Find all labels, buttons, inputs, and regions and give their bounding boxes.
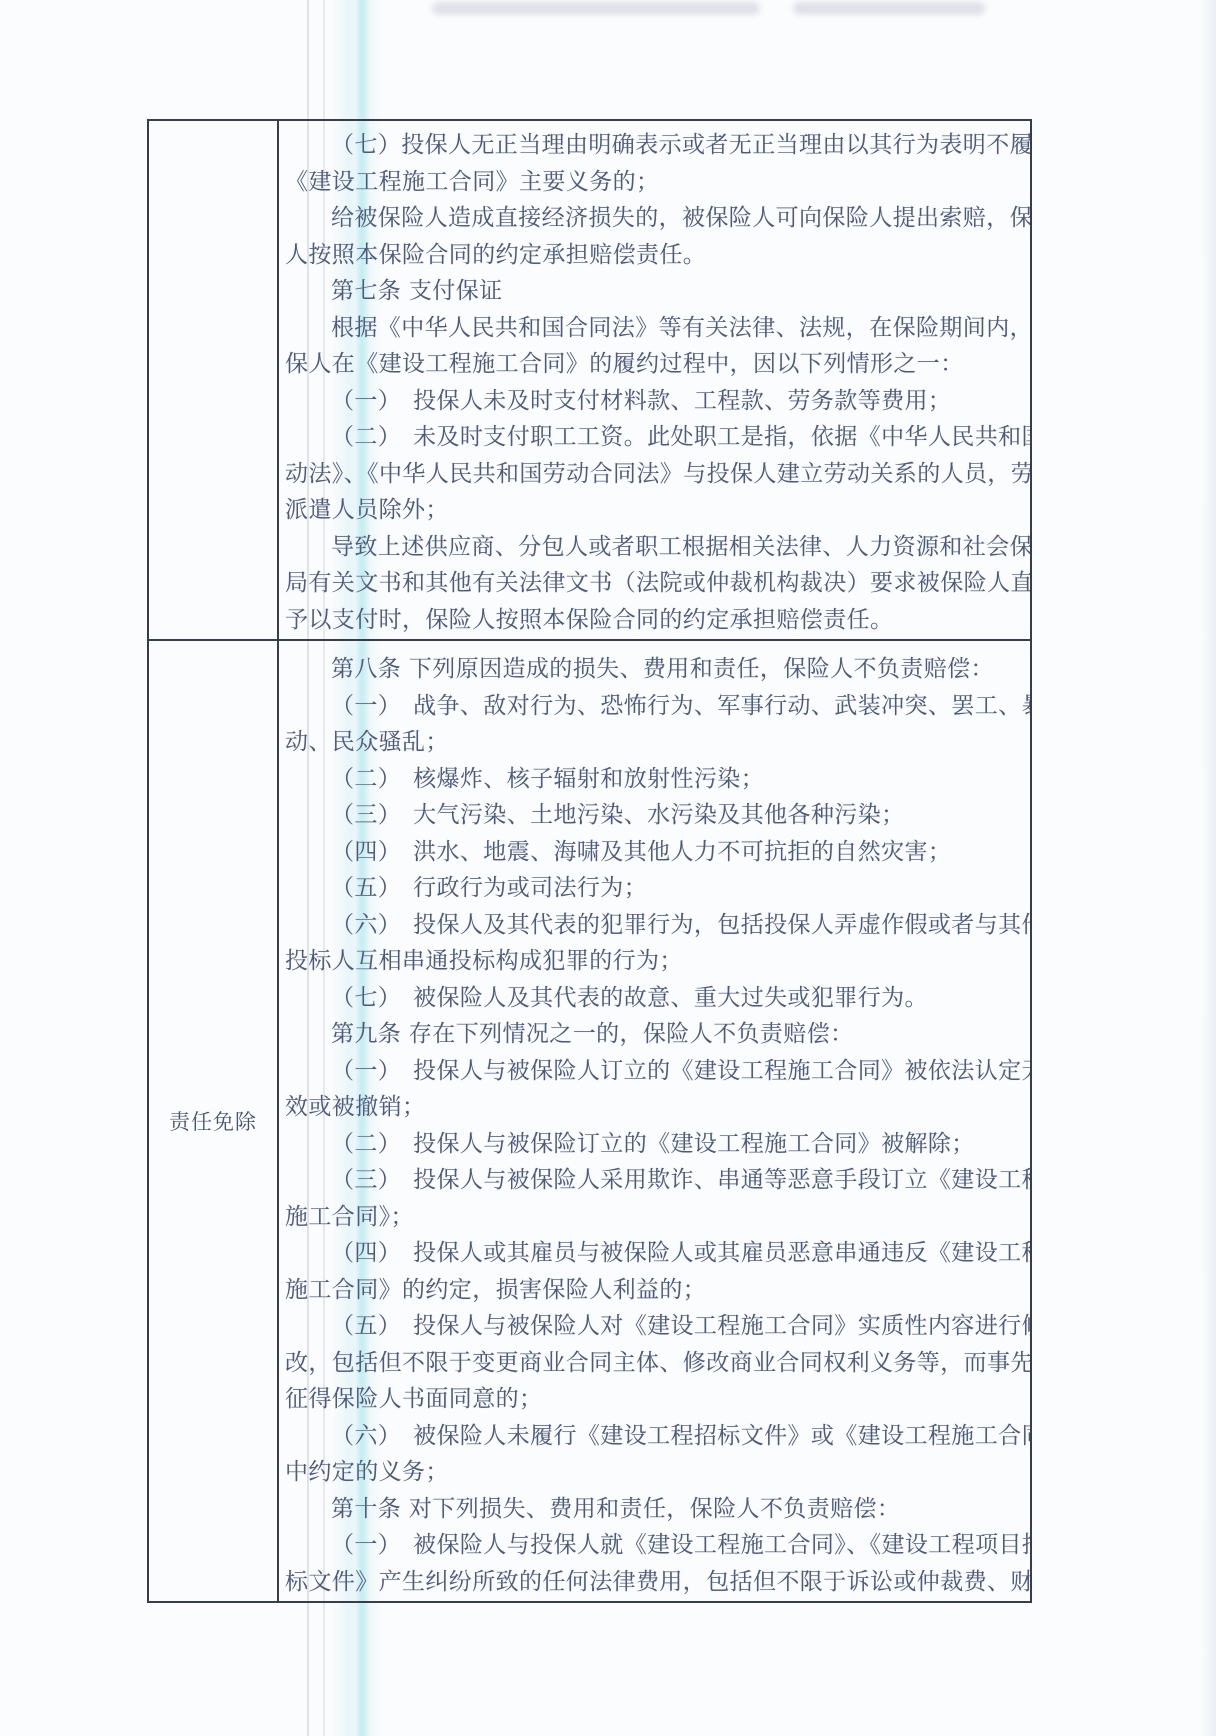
text-line: （四） 投保人或其雇员与被保险人或其雇员恶意串通违反《建设工程 [285,1235,1022,1272]
text-line: （二） 核爆炸、核子辐射和放射性污染； [285,761,1022,798]
contract-table: （七）投保人无正当理由明确表示或者无正当理由以其行为表明不履行《建设工程施工合同… [147,119,1032,1603]
row-content-cell: （七）投保人无正当理由明确表示或者无正当理由以其行为表明不履行《建设工程施工合同… [279,121,1030,639]
row-label-cell [149,121,279,639]
text-line: （五） 行政行为或司法行为； [285,870,1022,907]
text-line: 征得保险人书面同意的； [285,1381,1022,1418]
row-label: 责任免除 [169,1106,257,1136]
scan-bleed-smudge [793,2,985,15]
text-line: （四） 洪水、地震、海啸及其他人力不可抗拒的自然灾害； [285,834,1022,871]
text-line: 第十条 对下列损失、费用和责任，保险人不负责赔偿： [285,1491,1022,1528]
text-line: 标文件》产生纠纷所致的任何法律费用，包括但不限于诉讼或仲裁费、财产 [285,1564,1022,1601]
scan-bleed-smudge [432,2,760,15]
text-line: （七） 被保险人及其代表的故意、重大过失或犯罪行为。 [285,980,1022,1017]
text-line: 《建设工程施工合同》主要义务的； [285,164,1022,201]
text-line: （五） 投保人与被保险人对《建设工程施工合同》实质性内容进行修 [285,1308,1022,1345]
text-line: 动法》、《中华人民共和国劳动合同法》与投保人建立劳动关系的人员，劳务 [285,456,1022,493]
text-line: 根据《中华人民共和国合同法》等有关法律、法规，在保险期间内，投 [285,310,1022,347]
text-line: 投标人互相串通投标构成犯罪的行为； [285,943,1022,980]
text-line: 第七条 支付保证 [285,273,1022,310]
table-row: （七）投保人无正当理由明确表示或者无正当理由以其行为表明不履行《建设工程施工合同… [149,121,1030,641]
text-line: 局有关文书和其他有关法律文书（法院或仲裁机构裁决）要求被保险人直接 [285,565,1022,602]
text-line: 改，包括但不限于变更商业合同主体、修改商业合同权利义务等，而事先未 [285,1345,1022,1382]
text-line: 第九条 存在下列情况之一的，保险人不负责赔偿： [285,1016,1022,1053]
table-row: 责任免除 第八条 下列原因造成的损失、费用和责任，保险人不负责赔偿：（一） 战争… [149,641,1030,1601]
row-content-cell: 第八条 下列原因造成的损失、费用和责任，保险人不负责赔偿：（一） 战争、敌对行为… [279,641,1030,1601]
text-line: （三） 大气污染、土地污染、水污染及其他各种污染； [285,797,1022,834]
text-line: 导致上述供应商、分包人或者职工根据相关法律、人力资源和社会保障 [285,529,1022,566]
text-line: （一） 战争、敌对行为、恐怖行为、军事行动、武装冲突、罢工、暴 [285,688,1022,725]
page-edge-shadow [1202,0,1216,1736]
text-line: 中约定的义务； [285,1454,1022,1491]
row-label-cell: 责任免除 [149,641,279,1601]
text-line: 给被保险人造成直接经济损失的，被保险人可向保险人提出索赔，保险 [285,200,1022,237]
text-line: （一） 投保人未及时支付材料款、工程款、劳务款等费用； [285,383,1022,420]
text-line: （二） 投保人与被保险订立的《建设工程施工合同》被解除； [285,1126,1022,1163]
text-line: 效或被撤销； [285,1089,1022,1126]
text-line: 动、民众骚乱； [285,724,1022,761]
text-line: （一） 被保险人与投保人就《建设工程施工合同》、《建设工程项目招 [285,1527,1022,1564]
text-line: 施工合同》； [285,1199,1022,1236]
document-page: （七）投保人无正当理由明确表示或者无正当理由以其行为表明不履行《建设工程施工合同… [0,0,1216,1736]
text-line: （二） 未及时支付职工工资。此处职工是指，依据《中华人民共和国劳 [285,419,1022,456]
text-line: 施工合同》的约定，损害保险人利益的； [285,1272,1022,1309]
text-line: 保人在《建设工程施工合同》的履约过程中，因以下列情形之一： [285,346,1022,383]
text-line: （六） 被保险人未履行《建设工程招标文件》或《建设工程施工合同》 [285,1418,1022,1455]
text-line: 派遣人员除外； [285,492,1022,529]
text-line: 予以支付时，保险人按照本保险合同的约定承担赔偿责任。 [285,602,1022,639]
text-line: 第八条 下列原因造成的损失、费用和责任，保险人不负责赔偿： [285,651,1022,688]
text-line: （七）投保人无正当理由明确表示或者无正当理由以其行为表明不履行 [285,127,1022,164]
text-line: （三） 投保人与被保险人采用欺诈、串通等恶意手段订立《建设工程 [285,1162,1022,1199]
text-line: （一） 投保人与被保险人订立的《建设工程施工合同》被依法认定无 [285,1053,1022,1090]
text-line: （六） 投保人及其代表的犯罪行为，包括投保人弄虚作假或者与其他 [285,907,1022,944]
text-line: 人按照本保险合同的约定承担赔偿责任。 [285,237,1022,274]
